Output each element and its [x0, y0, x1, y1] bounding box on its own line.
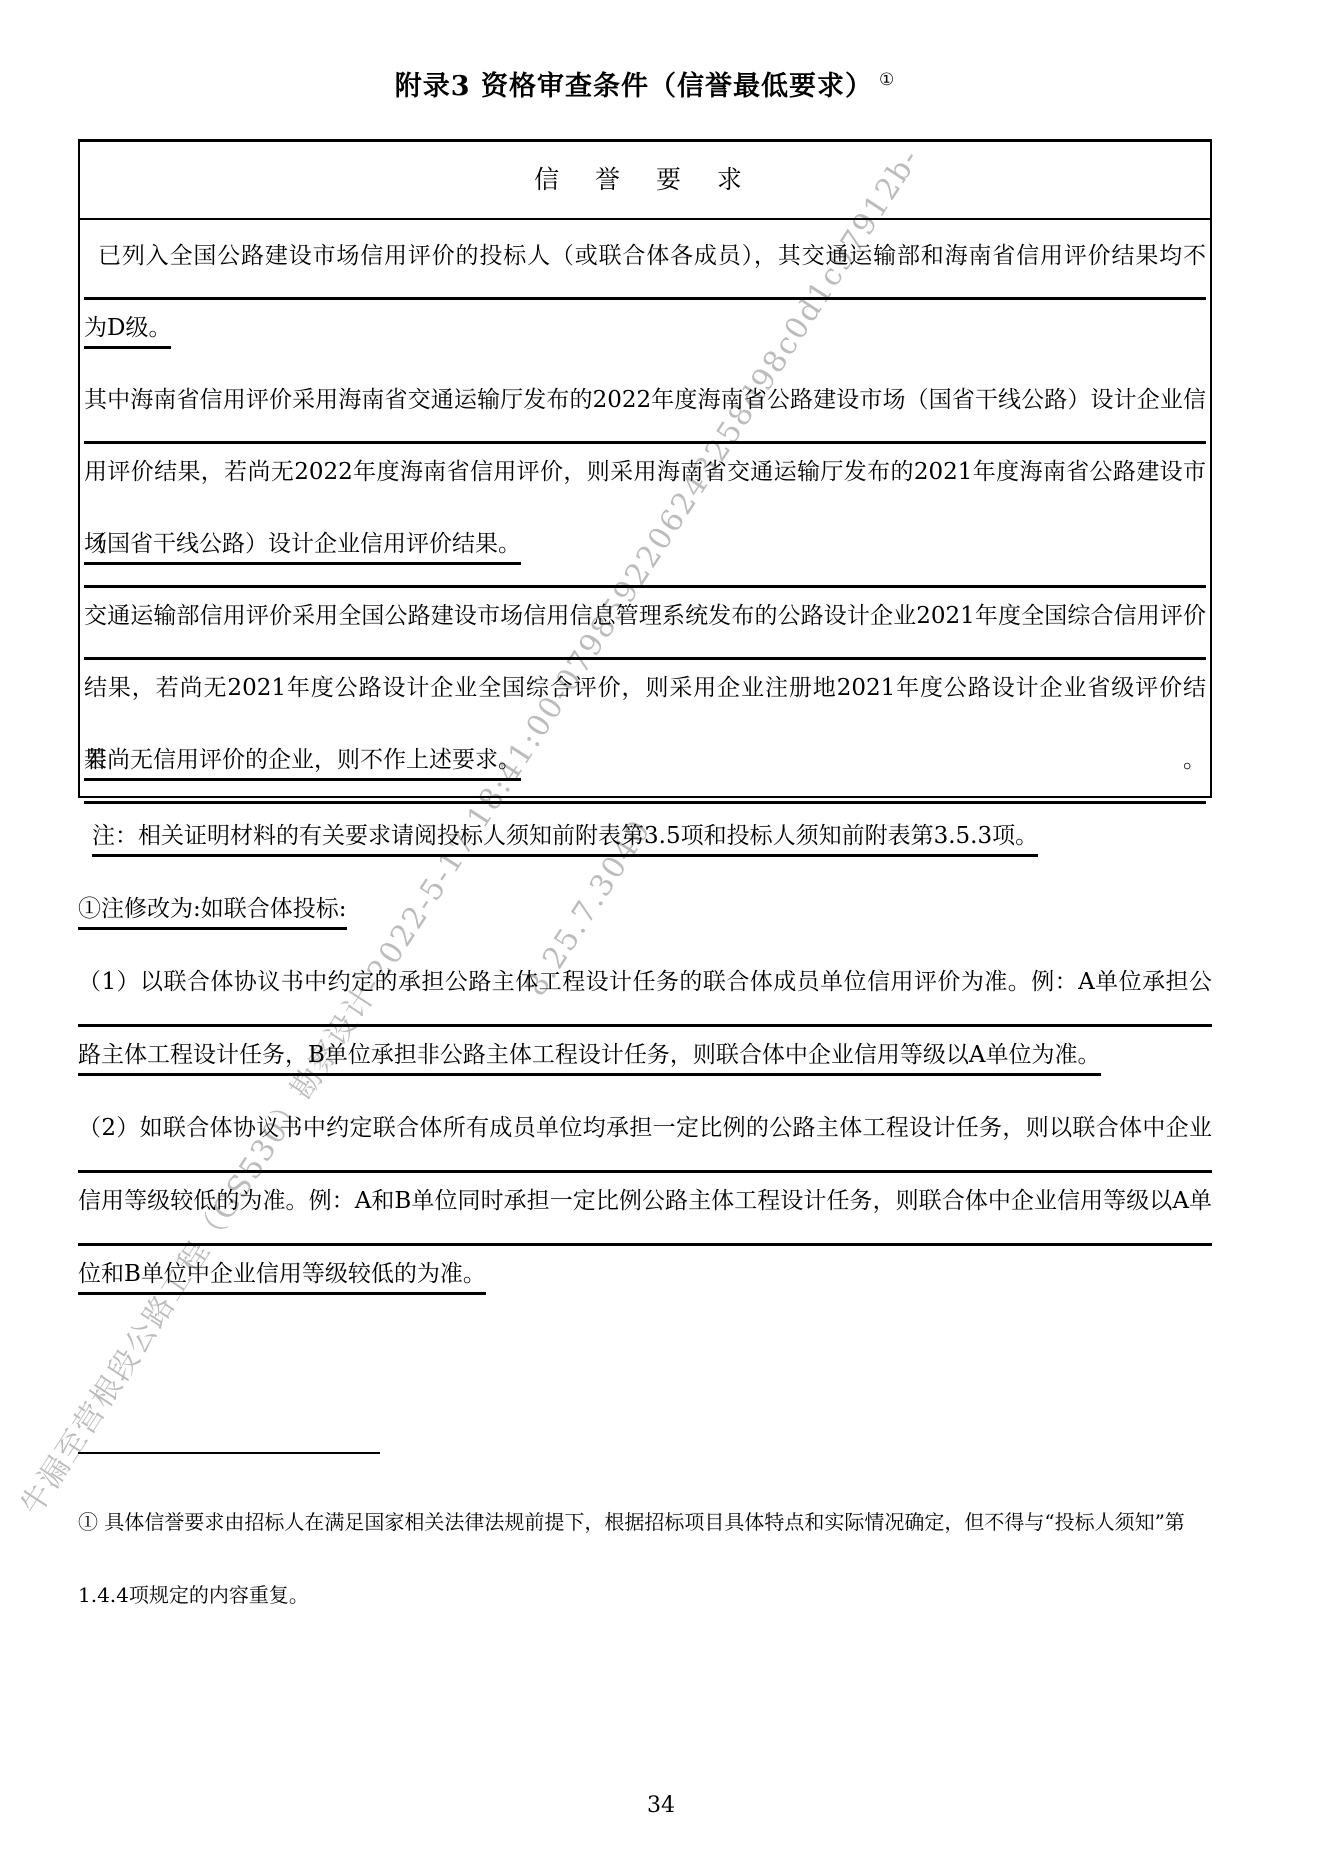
note-paragraph: （2）如联合体协议书中约定联合体所有成员单位均承担一定比例的公路主体工程设计任务…	[78, 1092, 1212, 1165]
footnote: ① 具体信誉要求由招标人在满足国家相关法律法规前提下，根据招标项目具体特点和实际…	[78, 1486, 1212, 1632]
table-row: 已列入全国公路建设市场信用评价的投标人（或联合体各成员），其交通运输部和海南省信…	[84, 220, 1206, 292]
table-row: 结果，若尚无2021年度公路设计企业全国综合评价，则采用企业注册地2021年度公…	[84, 652, 1206, 724]
page-title: 附录3 资格审查条件（信誉最低要求）①	[78, 64, 1212, 103]
table-note: 注：相关证明材料的有关要求请阅投标人须知前附表第3.5项和投标人须知前附表第3.…	[78, 800, 1212, 873]
note-paragraph: ①注修改为:如联合体投标:	[78, 873, 1212, 946]
footnote-line: ① 具体信誉要求由招标人在满足国家相关法律法规前提下，根据招标项目具体特点和实际…	[78, 1486, 1212, 1559]
title-footnote-marker: ①	[879, 70, 895, 90]
footnote-separator	[78, 1452, 380, 1454]
table-header: 信 誉 要 求	[80, 142, 1210, 220]
note-paragraph: 路主体工程设计任务，B单位承担非公路主体工程设计任务，则联合体中企业信用等级以A…	[78, 1019, 1212, 1092]
credit-requirements-table: 信 誉 要 求 已列入全国公路建设市场信用评价的投标人（或联合体各成员），其交通…	[78, 139, 1212, 798]
footnote-line: 1.4.4项规定的内容重复。	[78, 1559, 1212, 1632]
page-number: 34	[0, 1793, 1322, 1818]
table-row: 其中海南省信用评价采用海南省交通运输厅发布的2022年度海南省公路建设市场（国省…	[84, 364, 1206, 436]
table-row: 用评价结果，若尚无2022年度海南省信用评价，则采用海南省交通运输厅发布的202…	[84, 436, 1206, 508]
notes-section: 注：相关证明材料的有关要求请阅投标人须知前附表第3.5项和投标人须知前附表第3.…	[78, 800, 1212, 1311]
table-body: 已列入全国公路建设市场信用评价的投标人（或联合体各成员），其交通运输部和海南省信…	[80, 220, 1210, 796]
table-row: 为D级。	[84, 292, 1206, 364]
table-row: （国省干线公路）设计企业信用评价结果。	[84, 508, 1206, 580]
table-row: 交通运输部信用评价采用全国公路建设市场信用信息管理系统发布的公路设计企业2021…	[84, 580, 1206, 652]
note-paragraph: 信用等级较低的为准。例：A和B单位同时承担一定比例公路主体工程设计任务，则联合体…	[78, 1165, 1212, 1238]
page-title-text: 附录3 资格审查条件（信誉最低要求）	[395, 71, 873, 102]
note-paragraph: （1）以联合体协议书中约定的承担公路主体工程设计任务的联合体成员单位信用评价为准…	[78, 946, 1212, 1019]
note-paragraph: 位和B单位中企业信用等级较低的为准。	[78, 1238, 1212, 1311]
